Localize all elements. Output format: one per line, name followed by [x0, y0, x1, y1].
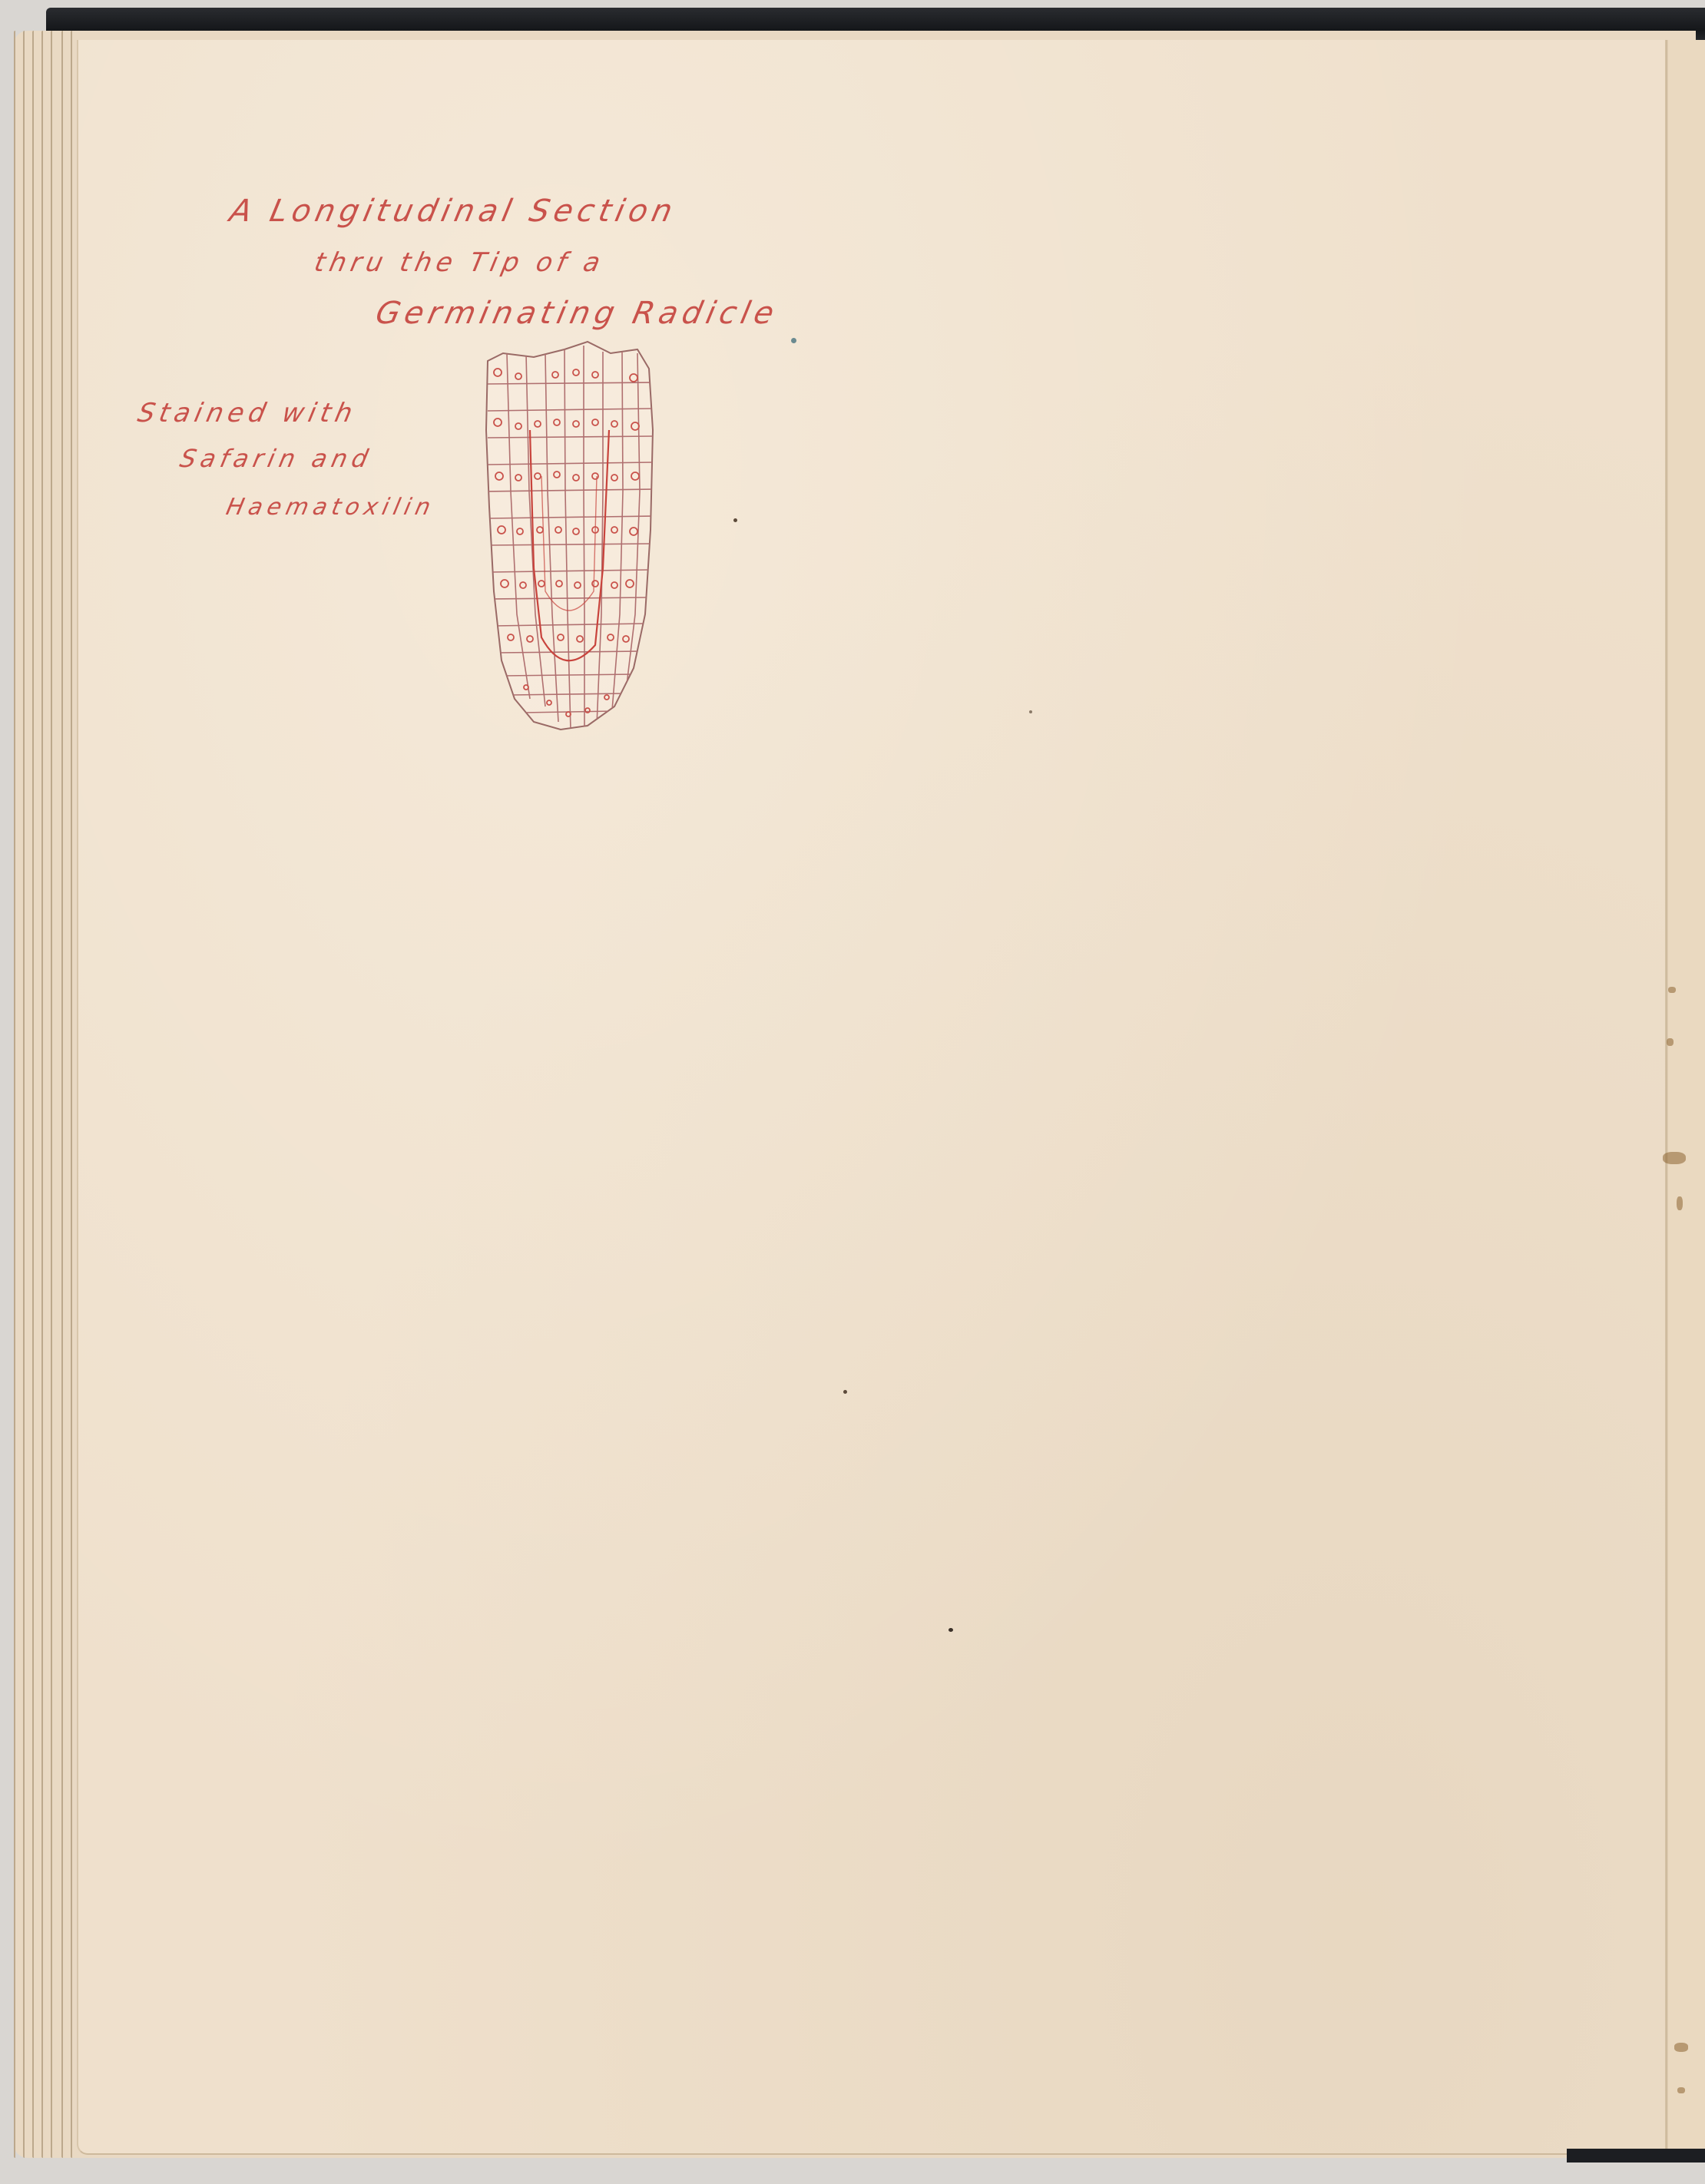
notebook-page [77, 40, 1676, 2155]
foxing-spot [1677, 2087, 1685, 2093]
page-edge [51, 31, 52, 2158]
foxing-spot [1663, 1152, 1686, 1164]
page-edge [14, 31, 15, 2158]
page-edge [41, 31, 43, 2158]
page-edge [61, 31, 63, 2158]
paper-speck [1029, 710, 1032, 713]
foxing-spot [1668, 987, 1676, 993]
page-edge [32, 31, 34, 2158]
foxing-spot [1677, 1196, 1683, 1210]
heading-line-1: A Longitudinal Section [227, 194, 680, 229]
ink-speck [791, 338, 796, 343]
right-page-flap [1668, 40, 1705, 2153]
foxing-spot [1667, 1038, 1674, 1046]
page-edge [71, 31, 72, 2158]
foxing-spot [1674, 2043, 1688, 2052]
annotation-line-2: Safarin and [177, 444, 376, 473]
book-binding-bottom [1567, 2149, 1705, 2162]
root-tip-drawing [472, 338, 657, 737]
annotation-line-1: Stained with [135, 398, 360, 429]
paper-speck [949, 1628, 953, 1632]
heading-line-3: Germinating Radicle [372, 296, 782, 331]
page-edge [23, 31, 25, 2158]
paper-speck [843, 1390, 847, 1394]
paper-speck [733, 518, 737, 522]
annotation-line-3: Haematoxilin [223, 494, 437, 521]
heading-line-2: thru the Tip of a [312, 247, 608, 278]
